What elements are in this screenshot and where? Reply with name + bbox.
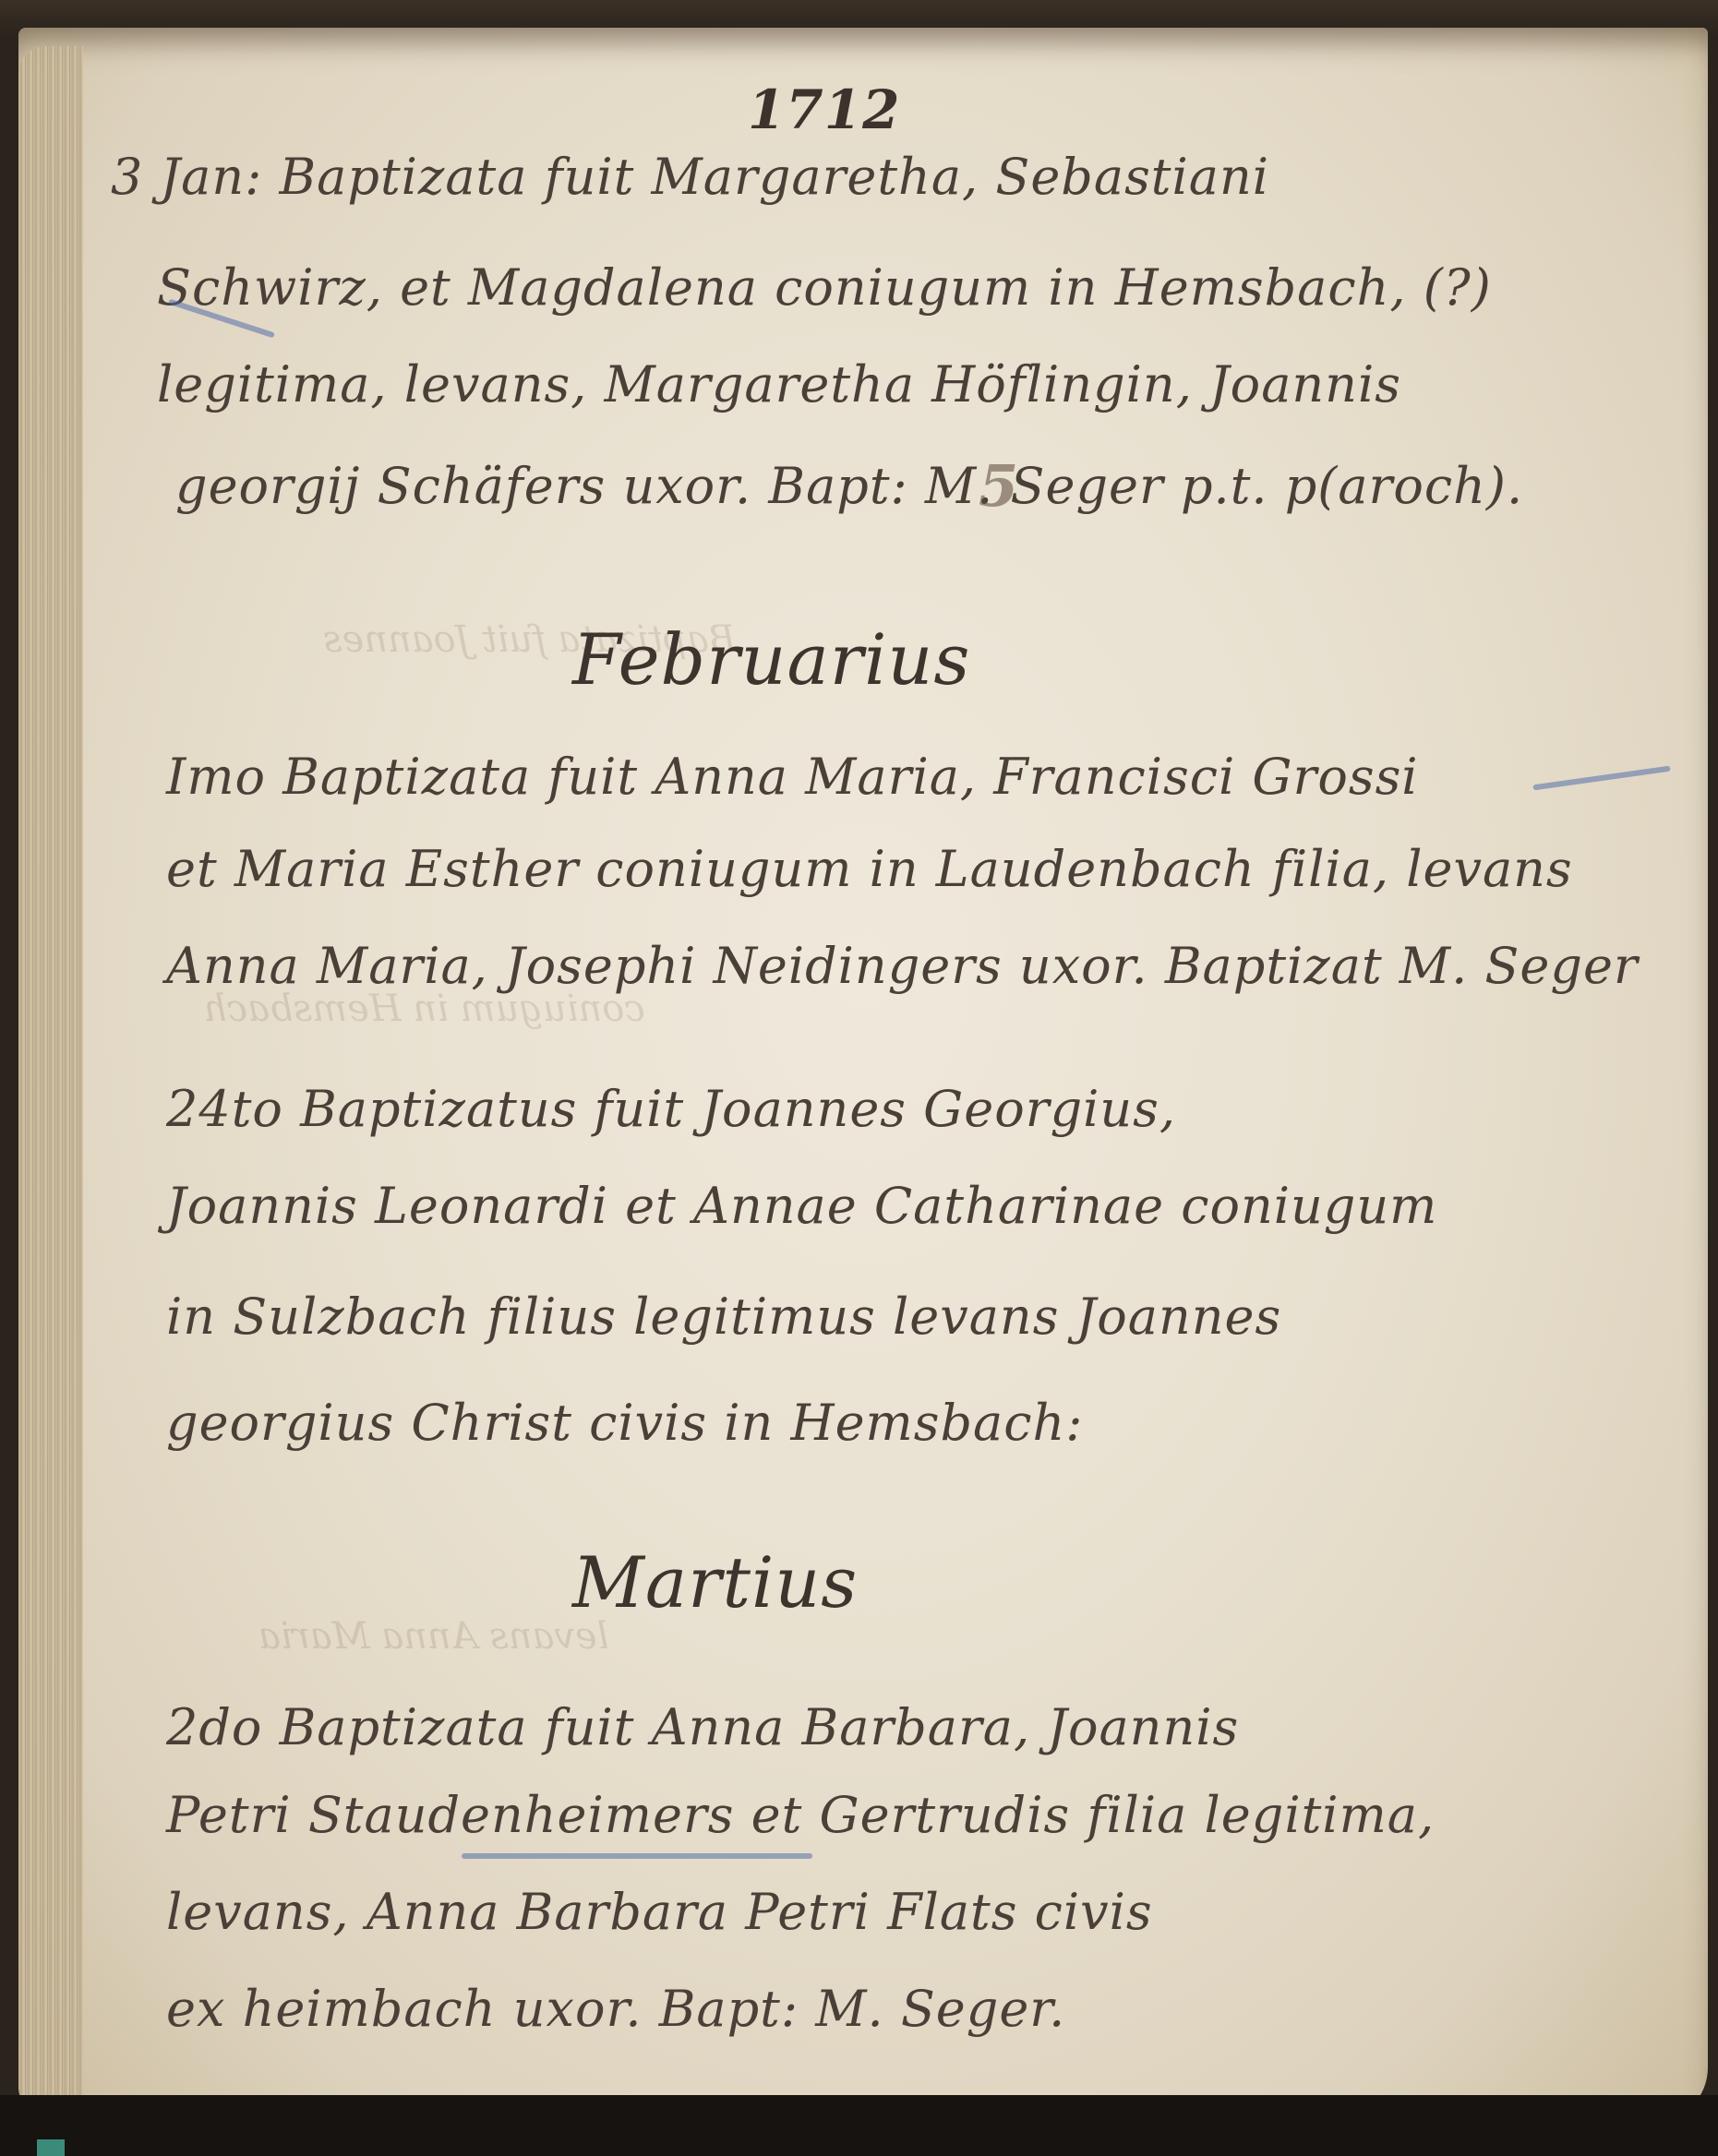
entry-line: 24to Baptizatus fuit Joannes Georgius, xyxy=(166,1080,1176,1138)
color-tab xyxy=(37,2139,65,2156)
book-cover-bottom xyxy=(0,2095,1718,2156)
entry-line: Anna Maria, Josephi Neidingers uxor. Bap… xyxy=(166,937,1639,995)
entry-line: Imo Baptizata fuit Anna Maria, Francisci… xyxy=(166,748,1419,806)
faded-stamp-mark: 5 xyxy=(979,452,1019,520)
entry-line: in Sulzbach filius legitimus levans Joan… xyxy=(166,1288,1281,1346)
scanned-book-spread: Baptizata fuit Joannes coniugum in Hemsb… xyxy=(0,0,1718,2156)
entry-line: 3 Jan: Baptizata fuit Margaretha, Sebast… xyxy=(111,148,1269,206)
month-heading-februarius: Februarius xyxy=(572,618,970,701)
entry-line: levans, Anna Barbara Petri Flats civis xyxy=(166,1883,1153,1941)
month-heading-martius: Martius xyxy=(572,1541,858,1623)
entry-line: Petri Staudenheimers et Gertrudis filia … xyxy=(166,1786,1435,1844)
bleed-through-text: levans Anna Maria xyxy=(258,1615,608,1658)
entry-line: georgius Christ civis in Hemsbach: xyxy=(166,1394,1083,1452)
entry-line: legitima, levans, Margaretha Höflingin, … xyxy=(157,355,1401,413)
entry-line: Schwirz, et Magdalena coniugum in Hemsba… xyxy=(157,258,1492,317)
year-header: 1712 xyxy=(748,78,900,141)
entry-line: 2do Baptizata fuit Anna Barbara, Joannis xyxy=(166,1698,1239,1756)
blue-pencil-mark xyxy=(1532,766,1670,791)
entry-line: Joannis Leonardi et Annae Catharinae con… xyxy=(166,1177,1437,1235)
blue-pencil-underline xyxy=(462,1853,812,1859)
page-stack-edges xyxy=(18,46,83,2123)
entry-line: ex heimbach uxor. Bapt: M. Seger. xyxy=(166,1980,1065,2038)
entry-line: georgij Schäfers uxor. Bapt: M. Seger p.… xyxy=(175,457,1523,515)
entry-line: et Maria Esther coniugum in Laudenbach f… xyxy=(166,840,1573,898)
manuscript-page: Baptizata fuit Joannes coniugum in Hemsb… xyxy=(18,28,1708,2123)
